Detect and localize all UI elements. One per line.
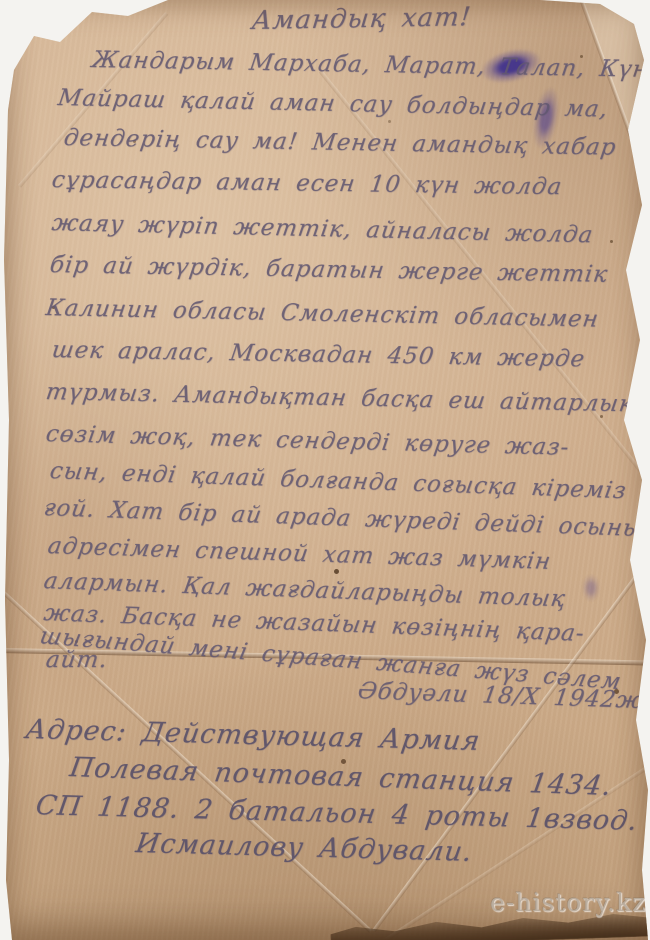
letter-line: жаяу жүріп жеттік, айналасы жолда: [50, 210, 595, 248]
ink-blot-small: [582, 574, 600, 602]
letter-line: түрмыз. Амандықтан басқа еш айтарлық: [44, 379, 636, 417]
letter-line: бір ай жүрдік, баратын жерге жеттік: [48, 252, 610, 288]
scanned-letter: Амандық хат! Жандарым Мархаба, Марат, Та…: [0, 0, 650, 940]
letter-line: шек аралас, Москвадан 450 км жерде: [50, 337, 587, 372]
letter-line: сөзім жоқ, тек сендерді көруге жаз-: [44, 421, 571, 461]
address-line: Исмаилову Абдували.: [134, 828, 475, 868]
letter-line: Калинин обласы Смоленскіт обласымен: [44, 295, 600, 333]
letter-paper: Амандық хат! Жандарым Мархаба, Марат, Та…: [0, 0, 650, 940]
letter-line: Майраш қалай аман сау болдыңдар ма,: [56, 85, 610, 123]
letter-line: Жандарым Мархаба, Марат, Талап, Күнім: [90, 47, 650, 83]
site-watermark: e-history.kz: [490, 888, 646, 917]
address-line: Адрес: Действующая Армия: [24, 714, 483, 757]
letter-line: айт.: [44, 647, 109, 673]
letter-title: Амандық хат!: [250, 2, 472, 36]
letter-line: адресімен спешной хат жаз мүмкін: [46, 533, 553, 575]
letter-line: сұрасаңдар аман есен 10 күн жолда: [50, 167, 564, 200]
